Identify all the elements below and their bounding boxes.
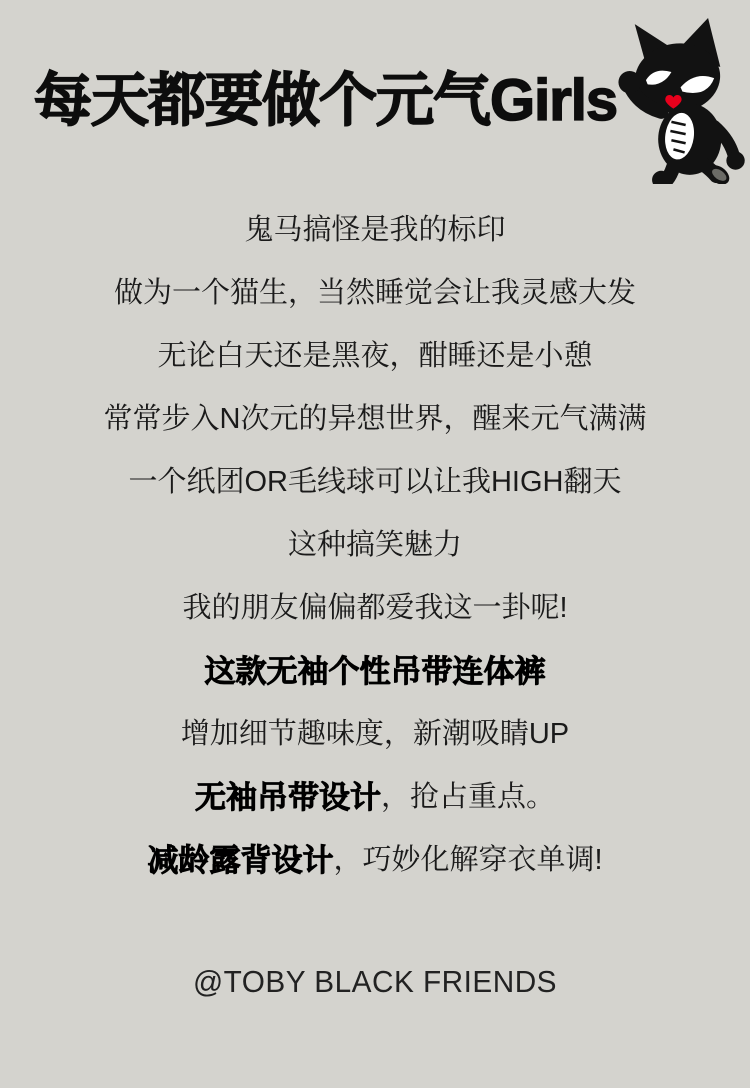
body-line-highlight: 无袖吊带设计，抢占重点。 (0, 763, 750, 826)
body-line-text: 常常步入N次元的异想世界，醒来元气满满 (104, 396, 647, 437)
body-line: 鬼马搞怪是我的标印 (0, 196, 750, 259)
page-title: 每天都要做个元气Girls (34, 66, 617, 136)
body-line-bold-text: 无袖吊带设计 (195, 772, 381, 817)
body-line-text: 我的朋友偏偏都爱我这一卦呢! (182, 585, 567, 626)
body-copy: 鬼马搞怪是我的标印 做为一个猫生，当然睡觉会让我灵感大发 无论白天还是黑夜，酣睡… (0, 196, 750, 889)
tmall-black-cat-mascot-icon (608, 16, 746, 184)
body-line: 我的朋友偏偏都爱我这一卦呢! (0, 574, 750, 637)
body-line-text: 做为一个猫生，当然睡觉会让我灵感大发 (114, 270, 636, 311)
body-line: 无论白天还是黑夜，酣睡还是小憩 (0, 322, 750, 385)
body-line-text: ，巧妙化解穿衣单调! (333, 837, 602, 878)
body-line-text: 增加细节趣味度，新潮吸睛UP (181, 711, 569, 752)
body-line-bold-text: 减龄露背设计 (147, 835, 333, 880)
body-line-highlight: 减龄露背设计，巧妙化解穿衣单调! (0, 826, 750, 889)
body-line: 常常步入N次元的异想世界，醒来元气满满 (0, 385, 750, 448)
promo-page: 每天都要做个元气Girls 鬼马搞怪是我的标印 做为一个猫生，当然睡觉会 (0, 0, 750, 1088)
body-line-text: 这种搞笑魅力 (288, 522, 462, 563)
body-line-text: ，抢占重点。 (381, 774, 555, 815)
body-line-text: 无论白天还是黑夜，酣睡还是小憩 (157, 333, 592, 374)
body-line: 这种搞笑魅力 (0, 511, 750, 574)
body-line: 增加细节趣味度，新潮吸睛UP (0, 700, 750, 763)
body-line-text: 一个纸团OR毛线球可以让我HIGH翻天 (128, 459, 621, 500)
body-line: 一个纸团OR毛线球可以让我HIGH翻天 (0, 448, 750, 511)
body-line-highlight: 这款无袖个性吊带连体裤 (0, 637, 750, 700)
body-line-text: 鬼马搞怪是我的标印 (244, 207, 505, 248)
body-line: 做为一个猫生，当然睡觉会让我灵感大发 (0, 259, 750, 322)
body-line-bold-text: 这款无袖个性吊带连体裤 (205, 646, 546, 691)
brand-tag: @TOBY BLACK FRIENDS (15, 956, 735, 1008)
